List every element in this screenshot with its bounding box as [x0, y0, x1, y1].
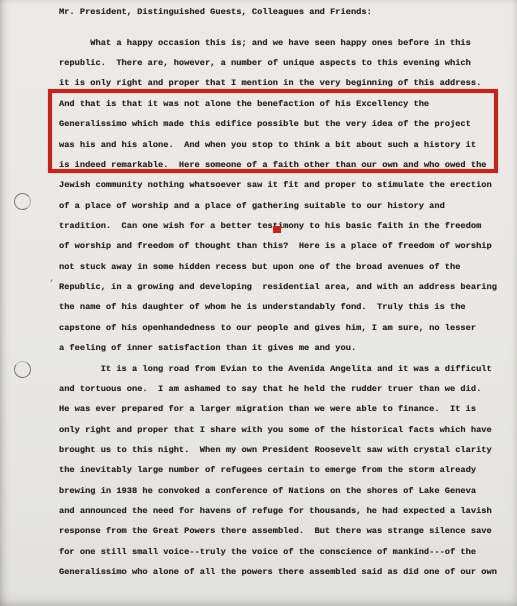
- salutation-line: Mr. President, Distinguished Guests, Col…: [59, 2, 504, 22]
- text-line: Republic, in a growing and developing re…: [59, 277, 504, 297]
- text-line: brewing in 1938 he convoked a conference…: [59, 481, 504, 501]
- text-line: and announced the need for havens of ref…: [59, 501, 504, 521]
- text-line: not stuck away in some hidden recess but…: [59, 257, 504, 277]
- text-line: brought us to this night. When my own Pr…: [59, 440, 504, 460]
- text-line: only right and proper that I share with …: [59, 420, 504, 440]
- text-line: and tortuous one. I am ashamed to say th…: [59, 379, 504, 399]
- text-line: capstone of his openhandedness to our pe…: [59, 318, 504, 338]
- red-annotation-box: [48, 89, 498, 173]
- text-line: It is a long road from Evian to the Aven…: [59, 359, 504, 379]
- stray-ink-mark: ,: [49, 274, 56, 285]
- text-line: for one still small voice--truly the voi…: [59, 542, 504, 562]
- document-page: Mr. President, Distinguished Guests, Col…: [0, 0, 517, 606]
- hole-punch-mark: [13, 192, 32, 211]
- text-line: a feeling of inner satisfaction than it …: [59, 338, 504, 358]
- text-line: of a place of worship and a place of gat…: [59, 196, 504, 216]
- text-line: tradition. Can one wish for a better tes…: [59, 216, 504, 236]
- text-line: response from the Great Powers there ass…: [59, 521, 504, 541]
- text-line: republic. There are, however, a number o…: [59, 53, 504, 73]
- text-line: Jewish community nothing whatsoever saw …: [59, 175, 504, 195]
- text-line: He was ever prepared for a larger migrat…: [59, 399, 504, 419]
- text-line: of worship and freedom of thought than t…: [59, 236, 504, 256]
- hole-punch-mark: [12, 359, 32, 379]
- text-line: the name of his daughter of whom he is u…: [59, 297, 504, 317]
- red-marker-square: [273, 226, 281, 233]
- text-line: the inevitably large number of refugees …: [59, 460, 504, 480]
- text-line: Generalissimo who alone of all the power…: [59, 562, 504, 582]
- text-line: What a happy occasion this is; and we ha…: [59, 33, 504, 53]
